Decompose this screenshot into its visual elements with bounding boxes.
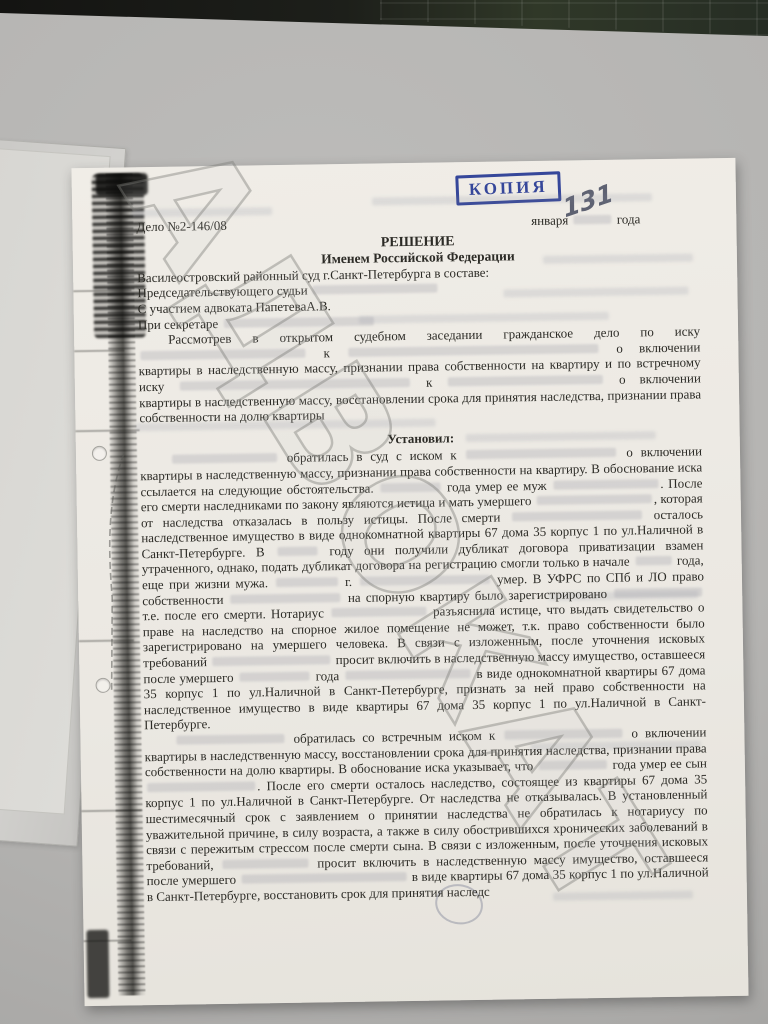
redacted-text: [512, 510, 642, 521]
redacted-text: [537, 494, 652, 505]
redacted-text: [573, 215, 611, 225]
redacted-text: [241, 872, 406, 884]
redacted-text: [180, 378, 410, 391]
redacted-text: [313, 284, 438, 295]
document-content: Дело №2-146/08 января года РЕШЕНИЕ Имене…: [136, 210, 709, 904]
photocopy-smudge: [96, 173, 148, 196]
redacted-text: [331, 607, 426, 617]
redacted-text: [380, 482, 440, 492]
redacted-text: [223, 316, 373, 327]
redacted-text: [360, 575, 490, 586]
intro-paragraph: Рассмотрев в открытом судебном заседании…: [138, 324, 701, 426]
redacted-text: [553, 479, 658, 490]
redacted-text: [147, 781, 255, 792]
redacted-text: [614, 587, 702, 597]
case-number: Дело №2-146/08: [136, 218, 227, 235]
claim-paragraph: обратилась в суд с иском к о включении к…: [140, 444, 706, 733]
redacted-text: [231, 593, 341, 604]
redacted-text: [172, 453, 277, 464]
redacted-text: [176, 734, 284, 745]
redacted-text: [504, 729, 622, 740]
date-line: января года: [531, 211, 640, 228]
redacted-text: [539, 760, 607, 770]
redacted-text: [448, 375, 603, 386]
bleedthrough-text: [132, 207, 272, 217]
redacted-text: [140, 348, 305, 360]
photo-scene: КОПИЯ 131 Дело №2-146/08 января года РЕШ…: [0, 0, 768, 1024]
redacted-text: [212, 655, 330, 666]
document-sheet: КОПИЯ 131 Дело №2-146/08 января года РЕШ…: [71, 158, 748, 1006]
redacted-text: [222, 858, 308, 868]
redacted-text: [275, 577, 337, 587]
counterclaim-paragraph: обратилась со встречным иском к о включе…: [144, 724, 709, 904]
redacted-text: [277, 546, 317, 556]
redacted-text: [466, 448, 616, 459]
redacted-text: [348, 344, 598, 357]
redacted-text: [240, 671, 310, 681]
redacted-text: [635, 556, 671, 566]
binding-thread: [94, 445, 140, 716]
redacted-text: [345, 669, 470, 680]
